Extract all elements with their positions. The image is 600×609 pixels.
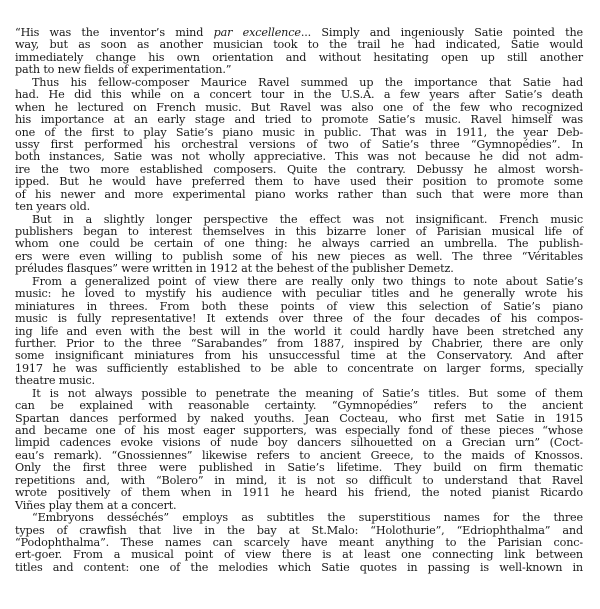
text-line: ten years old. bbox=[15, 201, 583, 213]
paragraph-4: From a generalized point of view there a… bbox=[15, 276, 583, 388]
text-line: préludes flasques” were written in 1912 … bbox=[15, 263, 583, 275]
text-line: his importance at an early stage and tri… bbox=[15, 114, 583, 126]
paragraph-3: But in a slightly longer perspective the… bbox=[15, 214, 583, 276]
quote-rest: ... Simply and ingeniously Satie pointed… bbox=[301, 26, 583, 39]
paragraph-6: “Embryons desséchés” employs as subtitle… bbox=[15, 512, 583, 574]
paragraph-1: “His was the inventor’s mind par excelle… bbox=[15, 27, 583, 77]
paragraph-5: It is not always possible to penetrate t… bbox=[15, 388, 583, 512]
text-line: limpid cadences evoke visions of nude bo… bbox=[15, 437, 583, 449]
text-line: ert-goer. From a musical point of view t… bbox=[15, 549, 583, 561]
text-line: of his newer and more experimental piano… bbox=[15, 189, 583, 201]
text-line: way, but as soon as another musician too… bbox=[15, 39, 583, 51]
text-line: wrote positively of them when in 1911 he… bbox=[15, 487, 583, 499]
text-line: “Embryons desséchés” employs as subtitle… bbox=[15, 512, 583, 524]
text-line: music: he loved to mystify his audience … bbox=[15, 288, 583, 300]
quote-start: “His was the inventor’s mind bbox=[15, 26, 214, 39]
text-line: 1917 he was sufficiently established to … bbox=[15, 363, 583, 375]
paragraph-2: Thus his fellow-composer Maurice Ravel s… bbox=[15, 77, 583, 214]
text-line: music is fully representative! It extend… bbox=[15, 313, 583, 325]
text-line: some insignificant miniatures from his u… bbox=[15, 350, 583, 362]
text-line: had. He did this while on a concert tour… bbox=[15, 89, 583, 101]
text-line: whom one could be certain of one thing: … bbox=[15, 238, 583, 250]
document-page: “His was the inventor’s mind par excelle… bbox=[15, 27, 583, 574]
text-line: ipped. But he would have preferred them … bbox=[15, 176, 583, 188]
text-line: theatre music. bbox=[15, 375, 583, 387]
text-line: can be explained with reasonable certain… bbox=[15, 400, 583, 412]
text-line: path to new fields of experimentation.” bbox=[15, 64, 583, 76]
italic-phrase: par excellence bbox=[214, 26, 301, 39]
text-line: titles and content: one of the melodies … bbox=[15, 562, 583, 574]
text-line: Only the first three were published in S… bbox=[15, 462, 583, 474]
text-line: both instances, Satie was not wholly app… bbox=[15, 151, 583, 163]
